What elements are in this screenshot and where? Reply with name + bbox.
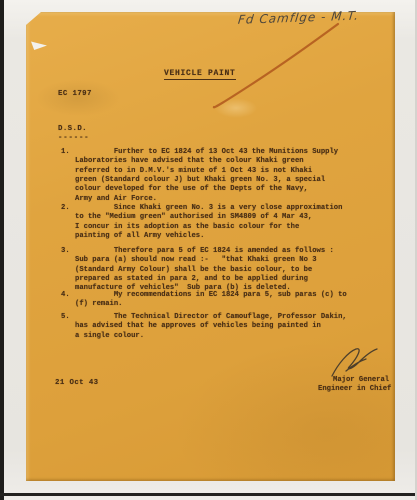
paragraph-4-number: 4. bbox=[61, 291, 70, 299]
paragraph-1-text: Further to EC 1824 of 13 Oct 43 the Muni… bbox=[75, 148, 361, 204]
photo-left-edge bbox=[0, 0, 4, 500]
signature-rank: Major General bbox=[333, 376, 389, 384]
addressee-underline: ------ bbox=[58, 134, 89, 142]
document-date: 21 Oct 43 bbox=[55, 379, 99, 387]
paragraph-2-number: 2. bbox=[61, 204, 70, 212]
paragraph-1-number: 1. bbox=[61, 148, 70, 156]
paragraph-3-text: Therefore para 5 of EC 1824 is amended a… bbox=[75, 247, 361, 294]
paragraph-4-text: My recommendations in EC 1824 para 5, su… bbox=[75, 291, 361, 310]
reference-number: EC 1797 bbox=[58, 90, 92, 98]
paragraph-5-text: The Technical Director of Camouflage, Pr… bbox=[75, 313, 361, 341]
photo-bottom-edge bbox=[0, 493, 417, 496]
document-title: VEHICLE PAINT bbox=[164, 69, 236, 80]
paragraph-5: 5. The Technical Director of Camouflage,… bbox=[61, 313, 381, 341]
scanned-photo-mat: VEHICLE PAINT EC 1797 D.S.D. ------ 1. F… bbox=[0, 0, 417, 500]
paragraph-1: 1. Further to EC 1824 of 13 Oct 43 the M… bbox=[61, 148, 381, 204]
paragraph-2: 2. Since Khaki green No. 3 is a very clo… bbox=[61, 204, 381, 241]
paragraph-2-text: Since Khaki green No. 3 is a very close … bbox=[75, 204, 361, 241]
paragraph-5-number: 5. bbox=[61, 313, 70, 321]
addressee: D.S.D. bbox=[58, 125, 87, 133]
memo-paper: VEHICLE PAINT EC 1797 D.S.D. ------ 1. F… bbox=[26, 12, 395, 481]
paragraph-4: 4. My recommendations in EC 1824 para 5,… bbox=[61, 291, 381, 310]
signature-title: Engineer in Chief bbox=[318, 385, 391, 393]
paragraph-3: 3. Therefore para 5 of EC 1824 is amende… bbox=[61, 247, 381, 294]
paragraph-3-number: 3. bbox=[61, 247, 70, 255]
